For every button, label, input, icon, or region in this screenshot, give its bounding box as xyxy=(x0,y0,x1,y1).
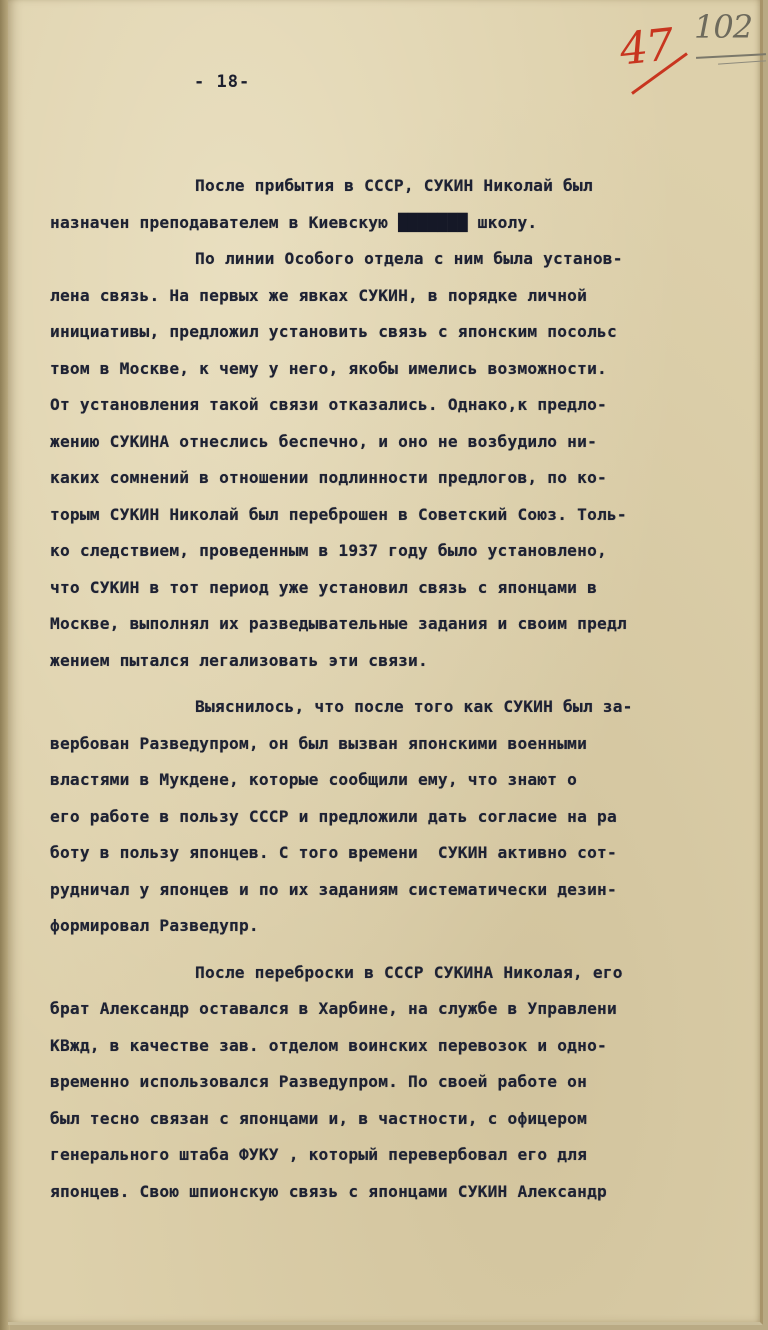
text-line: боту в пользу японцев. С того времени СУ… xyxy=(50,835,768,872)
text-line: рудничал у японцев и по их заданиям сист… xyxy=(50,872,768,909)
text-line: был тесно связан с японцами и, в частнос… xyxy=(50,1101,768,1138)
text-line: властями в Мукдене, которые сообщили ему… xyxy=(50,762,768,799)
paragraph: Выяснилось, что после того как СУКИН был… xyxy=(50,689,768,945)
text-line: Москве, выполнял их разведывательные зад… xyxy=(50,606,768,643)
text-line: лена связь. На первых же явках СУКИН, в … xyxy=(50,278,768,315)
paragraph: После прибытия в СССР, СУКИН Николай был… xyxy=(50,168,768,241)
text-line: После прибытия в СССР, СУКИН Николай был xyxy=(50,168,768,205)
text-line: японцев. Свою шпионскую связь с японцами… xyxy=(50,1174,768,1211)
text-line: Выяснилось, что после того как СУКИН был… xyxy=(50,689,768,726)
page-number: - 18- xyxy=(194,72,250,92)
pencil-underline-secondary xyxy=(718,60,766,64)
text-line: инициативы, предложил установить связь с… xyxy=(50,314,768,351)
document-page: - 18- 47 102 После прибытия в СССР, СУКИ… xyxy=(8,0,763,1325)
text-line: каких сомнений в отношении подлинности п… xyxy=(50,460,768,497)
text-line: назначен преподавателем в Киевскую █████… xyxy=(50,205,768,242)
text-line: торым СУКИН Николай был переброшен в Сов… xyxy=(50,497,768,534)
text-line: вербован Разведупром, он был вызван япон… xyxy=(50,726,768,763)
text-line: временно использовался Разведупром. По с… xyxy=(50,1064,768,1101)
paragraph: После переброски в СССР СУКИНА Николая, … xyxy=(50,955,768,1211)
text-line: формировал Разведупр. xyxy=(50,908,768,945)
typewritten-body: После прибытия в СССР, СУКИН Николай был… xyxy=(50,168,768,1210)
text-line: генерального штаба ФУКУ , который переве… xyxy=(50,1137,768,1174)
text-line: твом в Москве, к чему у него, якобы имел… xyxy=(50,351,768,388)
text-line: ко следствием, проведенным в 1937 году б… xyxy=(50,533,768,570)
text-line: жением пытался легализовать эти связи. xyxy=(50,643,768,680)
text-line: По линии Особого отдела с ним была устан… xyxy=(50,241,768,278)
text-line: его работе в пользу СССР и предложили да… xyxy=(50,799,768,836)
text-line: брат Александр оставался в Харбине, на с… xyxy=(50,991,768,1028)
text-line: что СУКИН в тот период уже установил свя… xyxy=(50,570,768,607)
pencil-underline xyxy=(696,53,766,59)
text-line: После переброски в СССР СУКИНА Николая, … xyxy=(50,955,768,992)
paragraph: По линии Особого отдела с ним была устан… xyxy=(50,241,768,679)
overstruck-word: ███████ xyxy=(398,213,468,232)
text-line: От установления такой связи отказались. … xyxy=(50,387,768,424)
text-line: КВжд, в качестве зав. отделом воинских п… xyxy=(50,1028,768,1065)
text-line: жению СУКИНА отнеслись беспечно, и оно н… xyxy=(50,424,768,461)
archive-sheet-number-pencil: 102 xyxy=(694,8,752,46)
